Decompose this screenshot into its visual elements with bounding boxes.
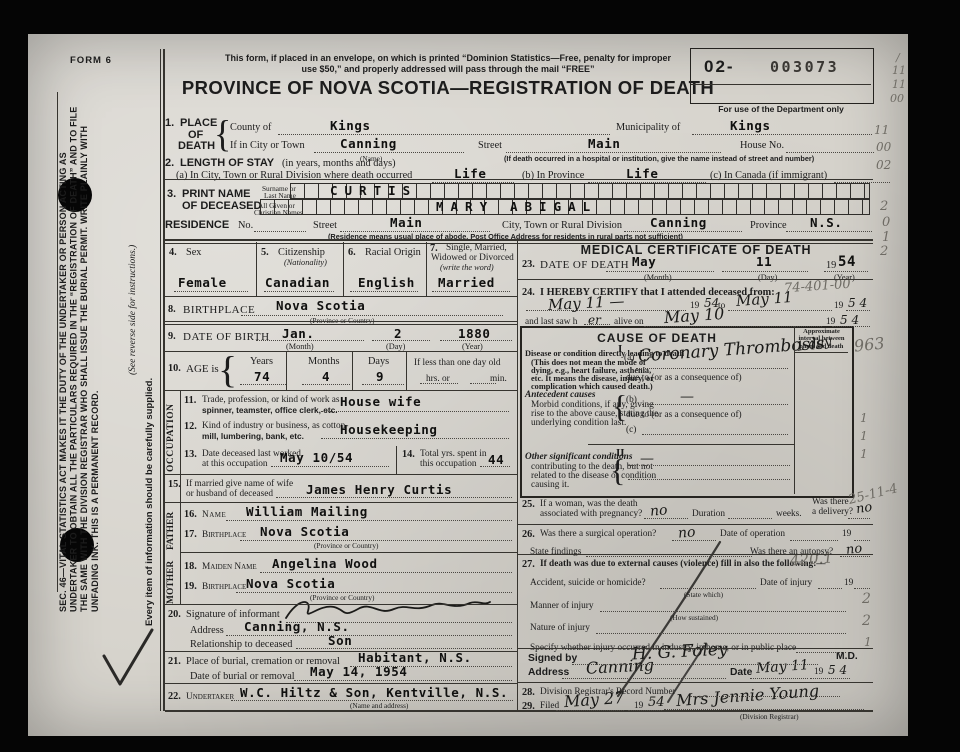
- father-name-label: Name: [202, 511, 226, 520]
- dotted-fill-line: [236, 592, 512, 593]
- rule: [396, 446, 397, 474]
- dotted-fill-line: [628, 479, 790, 480]
- margin-mark: 00: [876, 141, 891, 153]
- dotted-fill-line: [790, 540, 838, 541]
- s15-number-label: 15.: [168, 480, 181, 490]
- dotted-fill-line: [642, 434, 788, 435]
- dotted-fill-line: [526, 310, 686, 311]
- birth-day-value: 2: [394, 328, 402, 341]
- residence-city-value: Canning: [650, 217, 707, 230]
- burial-date-value: May 14, 1954: [310, 666, 408, 679]
- last-worked-value: May 10/54: [280, 452, 353, 465]
- dotted-fill-line: [840, 556, 870, 557]
- rule: [286, 352, 287, 390]
- dotted-fill-line: [470, 383, 496, 384]
- dotted-fill-line: [660, 588, 756, 589]
- s8-number-label: 8.: [168, 305, 176, 315]
- division-registrar-sub: (Division Registrar): [740, 713, 799, 720]
- s11-number-label: 11.: [184, 396, 196, 406]
- pregnancy-label-2: associated with pregnancy?: [540, 510, 642, 519]
- dotted-fill-line: [606, 271, 714, 272]
- s25-number-label: 25.: [522, 500, 535, 510]
- municipality-label: Municipality of: [616, 123, 680, 133]
- rule: [165, 502, 517, 503]
- margin-mark: 1: [864, 636, 872, 648]
- pregnancy-label-1: If a woman, was the death: [540, 500, 638, 509]
- city-town-label: If in City or Town: [230, 141, 305, 151]
- father-birthplace-sub: (Province or Country): [314, 542, 378, 549]
- death-date-label: DATE OF DEATH: [540, 260, 629, 271]
- margin-mark: 11: [892, 65, 906, 76]
- checkmark-annotation: [100, 626, 156, 690]
- mail-notice-line2: use $50,” and properly addressed will pa…: [168, 65, 728, 74]
- cause-b-prefix: (b): [626, 396, 637, 405]
- mother-maiden-label: Maiden Name: [202, 563, 257, 572]
- s24-number-label: 24.: [522, 288, 535, 298]
- rule: [165, 296, 517, 297]
- rule: [57, 92, 58, 592]
- given-name-value-2: ABIGAL: [510, 201, 597, 214]
- dotted-fill-line: [241, 315, 503, 316]
- sex-value: Female: [178, 277, 227, 290]
- s14-number-label: 14.: [402, 450, 415, 460]
- rule: [343, 242, 344, 296]
- other-brace: {: [610, 454, 625, 486]
- dotted-fill-line: [254, 231, 306, 232]
- dotted-fill-line: [321, 438, 509, 439]
- dotted-fill-line: [506, 152, 721, 153]
- dotted-fill-line: [294, 680, 512, 681]
- dotted-fill-line: [846, 310, 870, 311]
- marital-value: Married: [438, 277, 495, 290]
- dotted-fill-line: [600, 611, 846, 612]
- dotted-fill-line: [362, 384, 404, 385]
- delivery-label-2: a delivery?: [812, 508, 853, 517]
- house-no-label: House No.: [740, 141, 784, 151]
- father-side-label: FATHER: [167, 508, 179, 550]
- other-label-4: causing it.: [531, 481, 569, 490]
- total-years-label-1: Total yrs. spent in: [420, 450, 487, 459]
- death-month-value: May: [632, 256, 656, 269]
- age-brace: {: [218, 351, 237, 389]
- street-label: Street: [478, 141, 502, 151]
- dotted-fill-line: [722, 271, 808, 272]
- birthplace-value: Nova Scotia: [276, 300, 365, 313]
- rule: [517, 554, 873, 555]
- injury-year-prefix: 19: [844, 579, 853, 588]
- dotted-fill-line: [264, 291, 334, 292]
- residence-province-label: Province: [750, 221, 787, 231]
- dotted-fill-line: [562, 678, 726, 679]
- burial-date-label: Date of burial or removal: [190, 672, 295, 682]
- s3-label-1: PRINT NAME: [182, 189, 250, 200]
- dotted-fill-line: [321, 411, 509, 412]
- statute-notice: SEC. 46—VITAL STATISTICS ACT MAKES IT TH…: [58, 92, 132, 612]
- dotted-fill-line: [854, 588, 870, 589]
- margin-mark: 2: [862, 592, 871, 606]
- dotted-fill-line: [226, 635, 512, 636]
- s21-number-label: 21.: [168, 657, 181, 667]
- s1-brace: {: [214, 115, 231, 153]
- pregnancy-value: no: [649, 503, 668, 518]
- alive-year-value: 5 4: [840, 314, 859, 326]
- dotted-fill-line: [271, 466, 389, 467]
- weeks-label: weeks.: [776, 510, 802, 519]
- rule: [517, 648, 873, 649]
- age-years-value: 74: [254, 371, 270, 384]
- rule: [426, 242, 427, 296]
- certificate-paper: SEC. 46—VITAL STATISTICS ACT MAKES IT TH…: [28, 34, 908, 736]
- stamp-caption: For use of the Department only: [690, 105, 872, 114]
- rule: [517, 240, 518, 710]
- birth-year-value: 1880: [458, 328, 491, 341]
- dotted-fill-line: [672, 540, 716, 541]
- street-value: Main: [588, 138, 621, 151]
- rule: [160, 49, 161, 711]
- undertaker-sub: (Name and address): [350, 702, 408, 709]
- dotted-fill-line: [350, 666, 512, 667]
- rule: [180, 390, 181, 604]
- trade-label-2: spinner, teamster, office clerk, etc.: [202, 406, 338, 414]
- duration-label: Duration: [692, 510, 725, 519]
- dotted-fill-line: [832, 326, 870, 327]
- margin-mark: 2: [880, 200, 888, 213]
- s13-number-label: 13.: [184, 450, 197, 460]
- burial-place-value: Habitant, N.S.: [358, 652, 472, 665]
- dotted-fill-line: [586, 556, 752, 557]
- dotted-fill-line: [834, 182, 890, 183]
- death-day-value: 11: [756, 256, 772, 269]
- age-years-label: Years: [250, 357, 273, 367]
- s2-number-label: 2.: [165, 158, 174, 169]
- marital-label-1: Single, Married,: [446, 244, 507, 253]
- given-name-value-1: MARY: [436, 201, 494, 214]
- dotted-fill-line: [728, 310, 832, 311]
- s12-number-label: 12.: [184, 422, 197, 432]
- county-label: County of: [230, 123, 271, 133]
- s10-number-label: 10.: [168, 364, 181, 374]
- dotted-fill-line: [226, 520, 512, 521]
- dotted-fill-line: [286, 622, 512, 623]
- rule: [691, 84, 871, 85]
- delivery-label-1: Was there: [812, 498, 849, 507]
- dotted-fill-line: [432, 291, 510, 292]
- dotted-fill-line: [572, 664, 818, 665]
- dotted-fill-line: [302, 384, 350, 385]
- citizenship-sub: (Nationality): [284, 259, 327, 267]
- racial-origin-label: Racial Origin: [365, 248, 421, 258]
- margin-mark: 1: [860, 412, 868, 424]
- dotted-fill-line: [786, 231, 872, 232]
- cause-due-to-1: due to (or as a consequence of): [626, 374, 742, 383]
- dotted-fill-line: [556, 710, 624, 711]
- dotted-fill-line: [420, 383, 458, 384]
- age-days-value: 9: [376, 371, 384, 384]
- racial-origin-value: English: [358, 277, 415, 290]
- surname-value: CURTIS: [330, 185, 417, 198]
- last-worked-label-2: at this occupation: [202, 460, 268, 469]
- rule: [517, 524, 873, 525]
- cause-margin-code: 963: [853, 335, 885, 354]
- dotted-fill-line: [664, 709, 864, 710]
- certify-margin-code: 74-401-00: [784, 278, 851, 296]
- margin-mark: 00: [890, 93, 904, 104]
- undertaker-value: W.C. Hiltz & Son, Kentville, N.S.: [240, 687, 508, 700]
- rule: [165, 351, 517, 352]
- mother-side-label: MOTHER: [167, 560, 179, 604]
- age-label: AGE is: [186, 364, 219, 375]
- signed-year-prefix: 19: [814, 668, 823, 677]
- dotted-fill-line: [818, 588, 842, 589]
- rule: [165, 390, 517, 391]
- operation-year-prefix: 19: [842, 530, 851, 539]
- margin-mark: 11: [874, 124, 889, 136]
- rule: [165, 324, 517, 325]
- signed-year-value: 5 4: [828, 664, 847, 676]
- residence-street-label: Street: [313, 221, 337, 231]
- mother-birthplace-label: Birthplace: [202, 583, 246, 592]
- cause-b-value: —: [680, 390, 694, 404]
- dotted-fill-line: [432, 182, 514, 183]
- margin-mark: 02: [876, 159, 891, 171]
- dotted-fill-line: [728, 518, 772, 519]
- cause-due-to-2: due to (or as a consequence of): [626, 411, 742, 420]
- diagonal-strike-annotation: [508, 534, 768, 714]
- s1-label-3: DEATH: [178, 141, 215, 152]
- cause-c-prefix: (c): [626, 426, 636, 435]
- form-number-label: FORM 6: [70, 56, 112, 66]
- s23-number-label: 23.: [522, 260, 535, 270]
- rule: [794, 326, 795, 494]
- s1-number-label: 1.: [165, 118, 174, 129]
- margin-mark: 1: [882, 231, 890, 244]
- dotted-fill-line: [240, 540, 512, 541]
- s4-number-label: 4.: [169, 248, 177, 258]
- supply-note: Every item of information should be care…: [145, 234, 158, 626]
- dotted-fill-line: [644, 518, 688, 519]
- s3-label-2: OF DECEASED: [182, 201, 261, 212]
- s17-number-label: 17.: [184, 530, 197, 540]
- age-months-label: Months: [308, 357, 339, 367]
- s5-number-label: 5.: [261, 248, 269, 258]
- rule: [256, 242, 257, 296]
- dotted-fill-line: [314, 152, 464, 153]
- birth-month-value: Jan.: [282, 328, 315, 341]
- rule: [165, 179, 873, 180]
- rule: [165, 651, 517, 652]
- dotted-fill-line: [692, 134, 872, 135]
- antecedent-label-1: Antecedent causes: [525, 391, 596, 400]
- s19-number-label: 19.: [184, 582, 197, 592]
- rule: [406, 352, 407, 390]
- dotted-fill-line: [372, 340, 430, 341]
- alive-on-value: May 10: [664, 306, 725, 326]
- dotted-fill-line: [296, 648, 512, 649]
- rule: [165, 710, 873, 712]
- dotted-fill-line: [340, 231, 490, 232]
- margin-mark: 2: [862, 614, 871, 628]
- marital-sub: (write the word): [440, 264, 494, 272]
- dotted-fill-line: [750, 678, 808, 679]
- marital-label-2: Widowed or Divorced: [431, 254, 514, 263]
- dotted-fill-line: [256, 340, 364, 341]
- rule: [517, 279, 873, 280]
- cause-a-prefix: (a): [624, 354, 634, 363]
- age-days-label: Days: [368, 357, 389, 367]
- attended-to-year-value: 5 4: [848, 297, 867, 309]
- county-value: Kings: [330, 120, 371, 133]
- rule: [165, 243, 873, 244]
- residence-label: RESIDENCE: [165, 220, 229, 231]
- mother-birthplace-value: Nova Scotia: [246, 578, 335, 591]
- s22-number-label: 22.: [168, 692, 181, 702]
- dotted-fill-line: [596, 633, 846, 634]
- industry-label-2: mill, lumbering, bank, etc.: [202, 432, 304, 440]
- dotted-fill-line: [786, 152, 874, 153]
- margin-mark: 2: [880, 245, 888, 258]
- father-birthplace-value: Nova Scotia: [260, 526, 349, 539]
- father-name-value: William Mailing: [246, 506, 368, 519]
- trade-label-1: Trade, profession, or kind of work as: [202, 396, 340, 405]
- rule: [165, 321, 517, 322]
- residence-province-value: N.S.: [810, 217, 843, 230]
- s1-label-1: PLACE: [180, 118, 217, 129]
- dotted-fill-line: [624, 231, 742, 232]
- dotted-fill-line: [628, 465, 790, 466]
- page-title: PROVINCE OF NOVA SCOTIA—REGISTRATION OF …: [158, 79, 738, 98]
- city-town-value: Canning: [340, 138, 397, 151]
- informant-relationship-value: Son: [328, 635, 352, 648]
- s9-number-label: 9.: [168, 332, 176, 342]
- margin-mark: /: [896, 52, 900, 63]
- dotted-fill-line: [796, 652, 846, 653]
- dotted-fill-line: [644, 326, 822, 327]
- dotted-fill-line: [276, 497, 512, 498]
- residence-no-label: No.: [238, 221, 253, 231]
- dotted-fill-line: [642, 404, 788, 405]
- street-sub-note: (If death occurred in a hospital or inst…: [504, 155, 814, 162]
- medical-certificate-title: MEDICAL CERTIFICATE OF DEATH: [528, 244, 864, 257]
- sex-label: Sex: [186, 248, 201, 258]
- dotted-fill-line: [231, 700, 513, 701]
- s3-number-label: 3.: [167, 189, 176, 200]
- s18-number-label: 18.: [184, 562, 197, 572]
- attended-to-value: May 11: [736, 290, 794, 309]
- residence-city-label: City, Town or Rural Division: [502, 221, 622, 231]
- s2-label: LENGTH OF STAY: [180, 158, 274, 169]
- md-label: M.D.: [836, 652, 858, 662]
- informant-address-label: Address: [190, 626, 224, 636]
- dotted-fill-line: [174, 291, 248, 292]
- industry-label-1: Kind of industry or business, as cotton-: [202, 422, 348, 431]
- citizenship-value: Canadian: [265, 277, 330, 290]
- mail-notice-line1: This form, if placed in an envelope, on …: [168, 54, 728, 63]
- s2-sub: (in years, months and days): [282, 159, 396, 169]
- rule: [165, 474, 517, 475]
- other-conditions-value: —: [640, 452, 654, 466]
- dotted-fill-line: [690, 696, 840, 697]
- rule: [517, 682, 873, 683]
- dotted-fill-line: [636, 368, 788, 369]
- rule: [165, 239, 873, 241]
- dotted-fill-line: [824, 271, 868, 272]
- scanned-death-certificate: SEC. 46—VITAL STATISTICS ACT MAKES IT TH…: [0, 0, 960, 752]
- total-years-label-2: this occupation: [420, 460, 477, 469]
- rule: [180, 552, 517, 553]
- industry-value: Housekeeping: [340, 424, 438, 437]
- trade-value: House wife: [340, 396, 421, 409]
- father-birthplace-label: Birthplace: [202, 531, 246, 540]
- rule: [352, 352, 353, 390]
- rule: [165, 683, 517, 684]
- dotted-fill-line: [240, 384, 286, 385]
- dotted-fill-line: [848, 518, 870, 519]
- margin-mark: 0: [882, 216, 890, 229]
- dotted-fill-line: [350, 291, 418, 292]
- pregnancy-margin-code: 25-11-4: [847, 482, 899, 507]
- stamp-prefix: 02-: [704, 58, 735, 75]
- total-years-value: 44: [488, 454, 504, 467]
- dotted-fill-line: [584, 324, 610, 325]
- spouse-label-2: or husband of deceased: [186, 490, 273, 499]
- dotted-fill-line: [480, 466, 510, 467]
- s6-number-label: 6.: [348, 248, 356, 258]
- margin-mark: 1: [860, 430, 868, 442]
- municipality-value: Kings: [730, 120, 771, 133]
- spouse-label-1: If married give name of wife: [186, 480, 293, 489]
- death-year-prefix: 19: [826, 261, 836, 271]
- dotted-fill-line: [440, 340, 512, 341]
- margin-mark: 1: [860, 448, 868, 460]
- undertaker-label: Undertaker: [186, 693, 234, 702]
- stamp-number: 003073: [770, 60, 839, 75]
- date-of-birth-label: DATE OF BIRTH: [183, 332, 270, 343]
- rule: [588, 444, 794, 445]
- age-months-value: 4: [322, 371, 330, 384]
- informant-relationship-label: Relationship to deceased: [190, 640, 292, 650]
- mother-maiden-value: Angelina Wood: [272, 558, 378, 571]
- age-less-label: If less than one day old: [414, 359, 501, 368]
- dotted-fill-line: [260, 572, 512, 573]
- citizenship-label: Citizenship: [278, 248, 325, 258]
- rule: [165, 604, 517, 605]
- dotted-fill-line: [810, 678, 850, 679]
- see-reverse-note: (See reverse side for instructions.): [129, 130, 142, 375]
- dotted-fill-line: [628, 710, 662, 711]
- attended-to-year-prefix: 19: [834, 302, 843, 311]
- s20-number-label: 20.: [168, 610, 181, 620]
- occupation-side-label: OCCUPATION: [167, 394, 179, 472]
- dotted-fill-line: [588, 182, 706, 183]
- residence-street-value: Main: [390, 217, 423, 230]
- s16-number-label: 16.: [184, 510, 197, 520]
- margin-mark: 11: [892, 79, 906, 90]
- dotted-fill-line: [854, 540, 870, 541]
- rule: [163, 49, 165, 711]
- death-year-value: 54: [838, 255, 856, 269]
- dotted-fill-line: [278, 134, 610, 135]
- spouse-value: James Henry Curtis: [306, 484, 452, 497]
